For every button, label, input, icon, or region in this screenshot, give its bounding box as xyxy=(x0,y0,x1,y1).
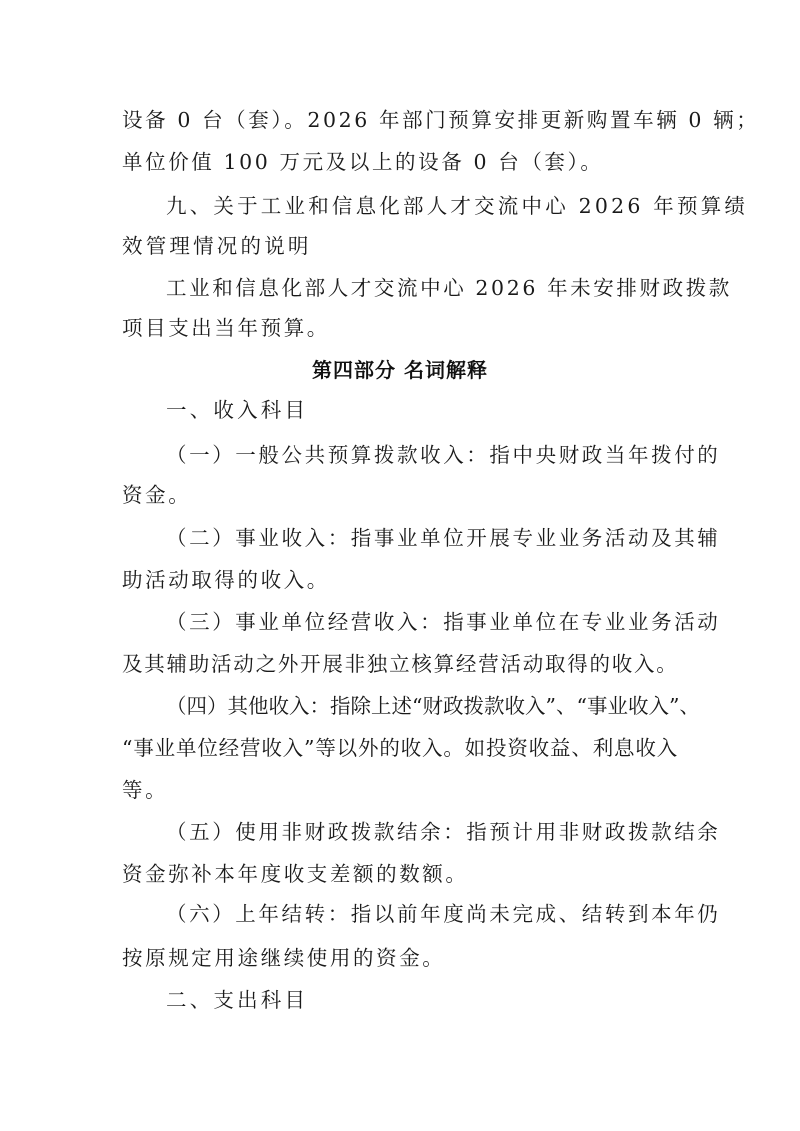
definition-line: （三）事业单位经营收入：指事业单位在专业业务活动 xyxy=(166,609,678,635)
definition-line: 等。 xyxy=(122,777,678,803)
paragraph-line: 项目支出当年预算。 xyxy=(122,315,678,341)
definition-line: （六）上年结转：指以前年度尚未完成、结转到本年仍 xyxy=(166,901,678,927)
section-heading-nine-cont: 效管理情况的说明 xyxy=(122,233,678,259)
paragraph-line: 设备 0 台（套）。2026 年部门预算安排更新购置车辆 0 辆； xyxy=(122,107,678,133)
section-heading-nine: 九、关于工业和信息化部人才交流中心 2026 年预算绩 xyxy=(166,193,678,219)
income-heading: 一、收入科目 xyxy=(166,397,678,423)
definition-line: 按原规定用途继续使用的资金。 xyxy=(122,945,678,971)
part-title: 第四部分 名词解释 xyxy=(0,357,800,383)
paragraph-line: 工业和信息化部人才交流中心 2026 年未安排财政拨款 xyxy=(166,275,678,301)
definition-line: 资金弥补本年度收支差额的数额。 xyxy=(122,861,678,887)
definition-line: “事业单位经营收入”等以外的收入。如投资收益、利息收入 xyxy=(122,735,678,761)
document-page: 设备 0 台（套）。2026 年部门预算安排更新购置车辆 0 辆； 单位价值 1… xyxy=(0,0,800,1131)
definition-line: （四）其他收入：指除上述“财政拨款收入”、“事业收入”、 xyxy=(166,693,678,719)
definition-line: 及其辅助活动之外开展非独立核算经营活动取得的收入。 xyxy=(122,651,678,677)
definition-line: 助活动取得的收入。 xyxy=(122,567,678,593)
expense-heading: 二、支出科目 xyxy=(166,987,678,1013)
paragraph-line: 单位价值 100 万元及以上的设备 0 台（套）。 xyxy=(122,149,678,175)
definition-line: （一）一般公共预算拨款收入：指中央财政当年拨付的 xyxy=(166,442,678,468)
definition-line: （五）使用非财政拨款结余：指预计用非财政拨款结余 xyxy=(166,819,678,845)
definition-line: （二）事业收入：指事业单位开展专业业务活动及其辅 xyxy=(166,525,678,551)
definition-line: 资金。 xyxy=(122,482,678,508)
